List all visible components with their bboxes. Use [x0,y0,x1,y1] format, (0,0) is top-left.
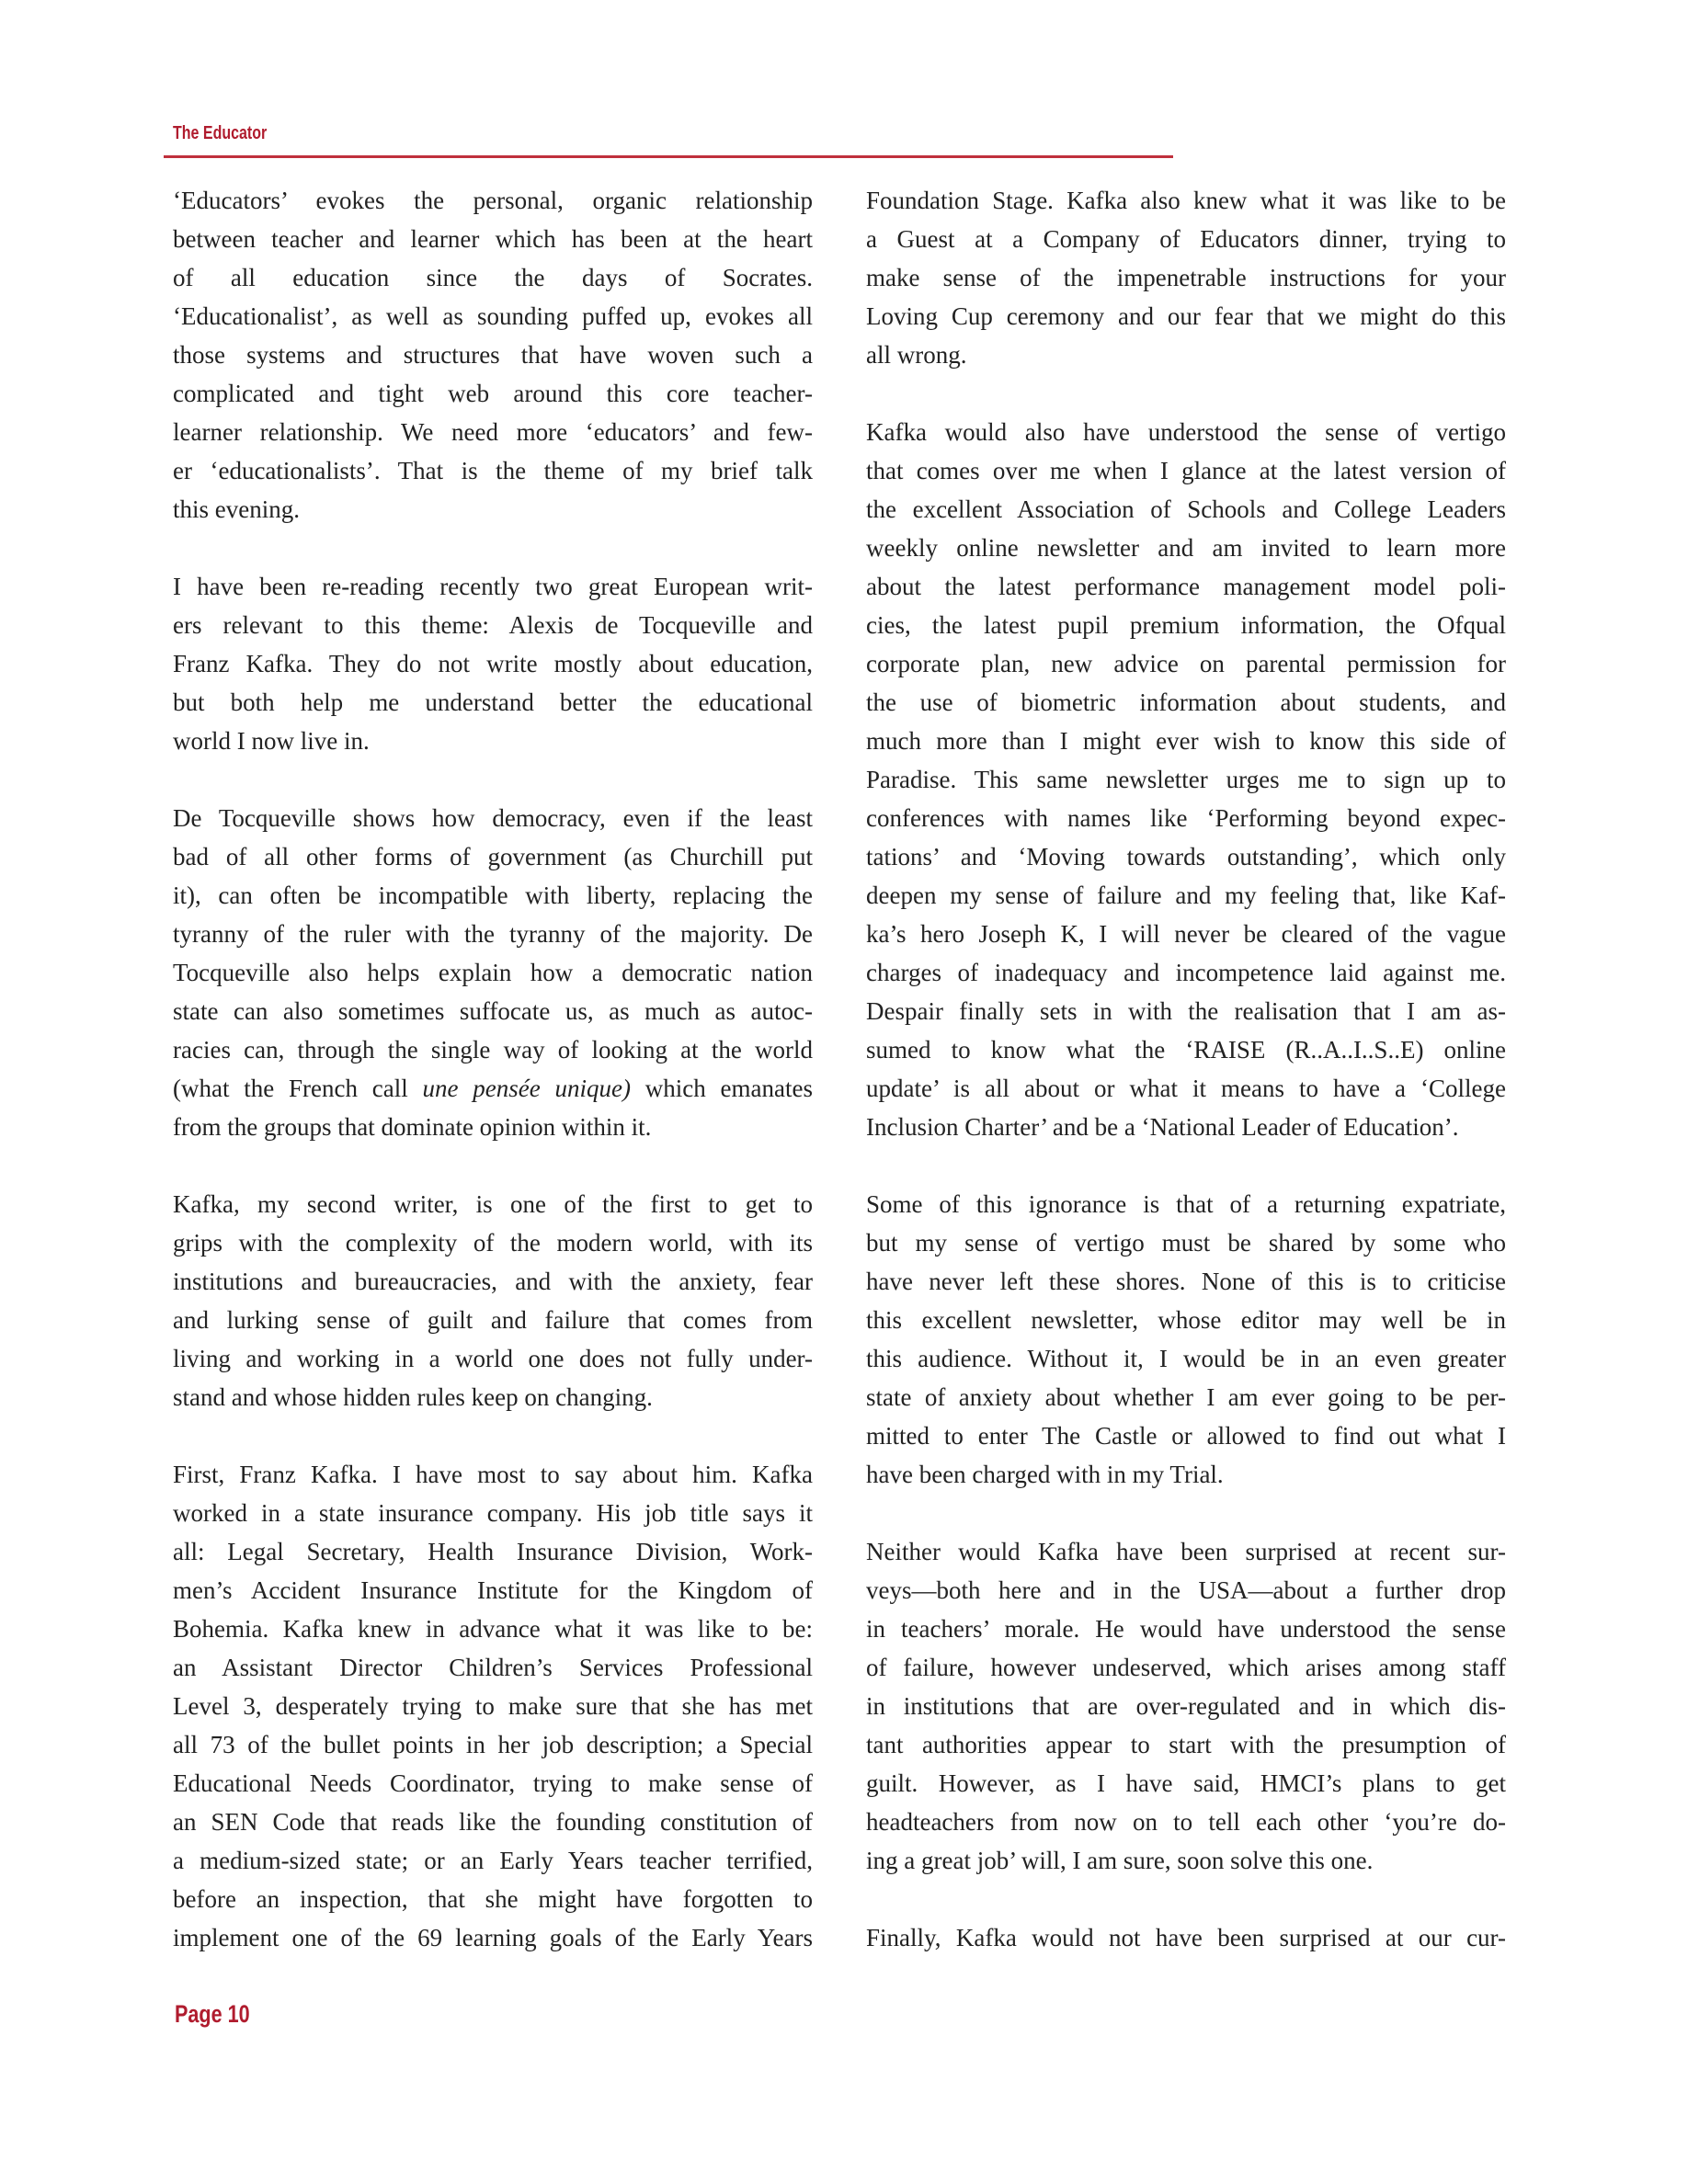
text-line: make sense of the impenetrable instructi… [866,258,1506,297]
text-line: a medium-sized state; or an Early Years … [173,1841,813,1880]
text-line: update’ is all about or what it means to… [866,1069,1506,1108]
text-line: De Tocqueville shows how democracy, even… [173,799,813,837]
text-line: veys—both here and in the USA—about a fu… [866,1571,1506,1610]
paragraph: Some of this ignorance is that of a retu… [866,1185,1506,1494]
text-line: implement one of the 69 learning goals o… [173,1918,813,1957]
text-line: tyranny of the ruler with the tyranny of… [173,915,813,953]
text-line: have never left these shores. None of th… [866,1262,1506,1301]
text-line: institutions and bureaucracies, and with… [173,1262,813,1301]
text-line: stand and whose hidden rules keep on cha… [173,1378,813,1416]
paragraph-gap [866,1146,1506,1185]
text-line: all 73 of the bullet points in her job d… [173,1725,813,1764]
text-line: a Guest at a Company of Educators dinner… [866,220,1506,258]
text-line: about the latest performance management … [866,567,1506,606]
text-line: sumed to know what the ‘RAISE (R..A..I..… [866,1030,1506,1069]
text-line: Kafka would also have understood the sen… [866,413,1506,451]
text-line: ‘Educationalist’, as well as sounding pu… [173,297,813,336]
text-line: complicated and tight web around this co… [173,374,813,413]
text-line: Tocqueville also helps explain how a dem… [173,953,813,992]
text-line: an SEN Code that reads like the founding… [173,1803,813,1841]
paragraph: Finally, Kafka would not have been surpr… [866,1918,1506,1957]
text-line: much more than I might ever wish to know… [866,722,1506,760]
left-column: ‘Educators’ evokes the personal, organic… [173,181,813,1957]
text-line: before an inspection, that she might hav… [173,1880,813,1918]
text-line: grips with the complexity of the modern … [173,1223,813,1262]
text-line: it), can often be incompatible with libe… [173,876,813,915]
text-line: weekly online newsletter and am invited … [866,529,1506,567]
paragraph: ‘Educators’ evokes the personal, organic… [173,181,813,529]
text-line: but my sense of vertigo must be shared b… [866,1223,1506,1262]
paragraph-gap [173,1146,813,1185]
paragraph: Kafka would also have understood the sen… [866,413,1506,1146]
text-line: of all education since the days of Socra… [173,258,813,297]
paragraph: Neither would Kafka have been surprised … [866,1532,1506,1880]
text-line: learner relationship. We need more ‘educ… [173,413,813,451]
text-line: er ‘educationalists’. That is the theme … [173,451,813,490]
text-line: headteachers from now on to tell each ot… [866,1803,1506,1841]
text-line: all wrong. [866,336,1506,374]
page-number: Page 10 [175,2000,250,2029]
text-line: but both help me understand better the e… [173,683,813,722]
paragraph-gap [866,1494,1506,1532]
text-line: in institutions that are over-regulated … [866,1687,1506,1725]
text-line: I have been re-reading recently two grea… [173,567,813,606]
text-line: mitted to enter The Castle or allowed to… [866,1416,1506,1455]
text-line: corporate plan, new advice on parental p… [866,644,1506,683]
text-line: racies can, through the single way of lo… [173,1030,813,1069]
text-line: Franz Kafka. They do not write mostly ab… [173,644,813,683]
text-run: (what the French call [173,1075,423,1102]
text-line: First, Franz Kafka. I have most to say a… [173,1455,813,1494]
text-line: Finally, Kafka would not have been surpr… [866,1918,1506,1957]
text-line: guilt. However, as I have said, HMCI’s p… [866,1764,1506,1803]
text-line: from the groups that dominate opinion wi… [173,1108,813,1146]
paragraph: Kafka, my second writer, is one of the f… [173,1185,813,1416]
text-line: men’s Accident Insurance Institute for t… [173,1571,813,1610]
text-line: Kafka, my second writer, is one of the f… [173,1185,813,1223]
text-run: which emanates [631,1075,813,1102]
text-line: conferences with names like ‘Performing … [866,799,1506,837]
text-line: charges of inadequacy and incompetence l… [866,953,1506,992]
paragraph: First, Franz Kafka. I have most to say a… [173,1455,813,1957]
text-line: ‘Educators’ evokes the personal, organic… [173,181,813,220]
text-line: Educational Needs Coordinator, trying to… [173,1764,813,1803]
text-line: tations’ and ‘Moving towards outstanding… [866,837,1506,876]
text-line: state can also sometimes suffocate us, a… [173,992,813,1030]
text-line: and lurking sense of guilt and failure t… [173,1301,813,1339]
right-column: Foundation Stage. Kafka also knew what i… [866,181,1506,1957]
paragraph-gap [866,1880,1506,1918]
text-line: that comes over me when I glance at the … [866,451,1506,490]
text-line: Despair finally sets in with the realisa… [866,992,1506,1030]
paragraph-gap [173,1416,813,1455]
text-line: an Assistant Director Children’s Service… [173,1648,813,1687]
text-line: this excellent newsletter, whose editor … [866,1301,1506,1339]
header-rule [164,155,1173,158]
text-line: the use of biometric information about s… [866,683,1506,722]
text-line: ka’s hero Joseph K, I will never be clea… [866,915,1506,953]
text-line: ers relevant to this theme: Alexis de To… [173,606,813,644]
publication-header: The Educator [173,123,267,144]
text-line-with-italic: (what the French call une pensée unique)… [173,1069,813,1108]
text-line: in teachers’ morale. He would have under… [866,1610,1506,1648]
paragraph-gap [173,760,813,799]
text-line: all: Legal Secretary, Health Insurance D… [173,1532,813,1571]
text-line: ing a great job’ will, I am sure, soon s… [866,1841,1506,1880]
text-line: Bohemia. Kafka knew in advance what it w… [173,1610,813,1648]
text-line: the excellent Association of Schools and… [866,490,1506,529]
text-line: Level 3, desperately trying to make sure… [173,1687,813,1725]
text-line: Neither would Kafka have been surprised … [866,1532,1506,1571]
paragraph: I have been re-reading recently two grea… [173,567,813,760]
text-line: deepen my sense of failure and my feelin… [866,876,1506,915]
text-line: have been charged with in my Trial. [866,1455,1506,1494]
text-line: this evening. [173,490,813,529]
paragraph: Foundation Stage. Kafka also knew what i… [866,181,1506,374]
text-line: world I now live in. [173,722,813,760]
text-line: between teacher and learner which has be… [173,220,813,258]
text-line: state of anxiety about whether I am ever… [866,1378,1506,1416]
text-line: Inclusion Charter’ and be a ‘National Le… [866,1108,1506,1146]
text-line: this audience. Without it, I would be in… [866,1339,1506,1378]
italic-phrase: une pensée unique) [423,1075,631,1102]
paragraph-gap [173,529,813,567]
text-line: tant authorities appear to start with th… [866,1725,1506,1764]
text-line: Paradise. This same newsletter urges me … [866,760,1506,799]
text-line: worked in a state insurance company. His… [173,1494,813,1532]
text-line: cies, the latest pupil premium informati… [866,606,1506,644]
text-line: of failure, however undeserved, which ar… [866,1648,1506,1687]
text-line: bad of all other forms of government (as… [173,837,813,876]
text-line: Some of this ignorance is that of a retu… [866,1185,1506,1223]
text-line: those systems and structures that have w… [173,336,813,374]
paragraph-gap [866,374,1506,413]
paragraph: De Tocqueville shows how democracy, even… [173,799,813,1146]
text-line: Foundation Stage. Kafka also knew what i… [866,181,1506,220]
text-line: Loving Cup ceremony and our fear that we… [866,297,1506,336]
text-line: living and working in a world one does n… [173,1339,813,1378]
